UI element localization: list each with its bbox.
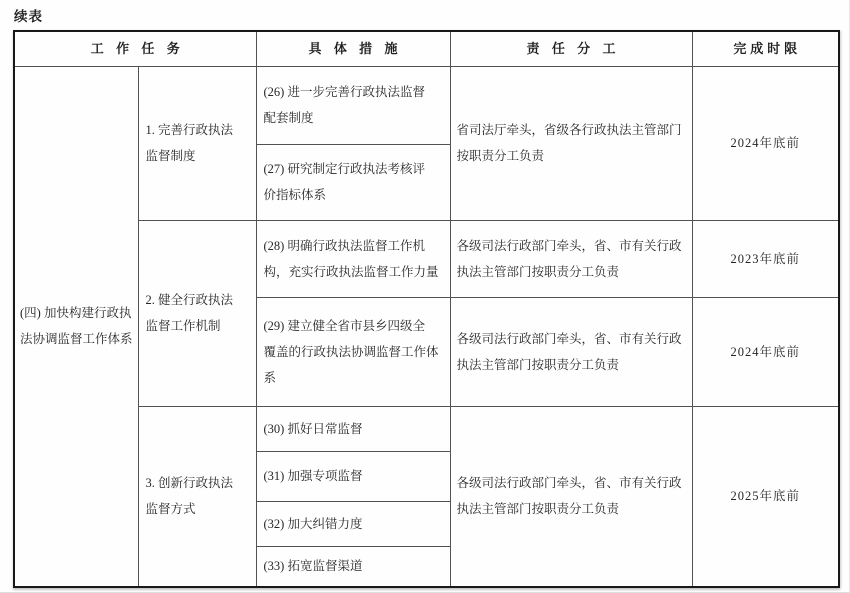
document-page: 续表 工作任务 具体措施 责任分工 完成时限 (四) 加快构建行政执 法协调监督… bbox=[0, 0, 850, 593]
measure-26-cell: (26) 进一步完善行政执法监督 配套制度 bbox=[256, 66, 450, 144]
measure-33-cell: (33) 拓宽监督渠道 bbox=[256, 546, 450, 587]
responsibility-task3-cell: 各级司法行政部门牵头，省、市有关行政 执法主管部门按职责分工负责 bbox=[450, 406, 692, 587]
responsibility-task1-cell: 省司法厅牵头，省级各行政执法主管部门 按职责分工负责 bbox=[450, 66, 692, 220]
work-plan-table: 工作任务 具体措施 责任分工 完成时限 (四) 加快构建行政执 法协调监督工作体… bbox=[13, 30, 840, 588]
deadline-28-cell: 2023年底前 bbox=[692, 220, 839, 297]
table-row: (四) 加快构建行政执 法协调监督工作体系 1. 完善行政执法 监督制度 (26… bbox=[14, 66, 839, 144]
deadline-task1-cell: 2024年底前 bbox=[692, 66, 839, 220]
table-row: 2. 健全行政执法 监督工作机制 (28) 明确行政执法监督工作机 构，充实行政… bbox=[14, 220, 839, 297]
deadline-task3-cell: 2025年底前 bbox=[692, 406, 839, 587]
deadline-29-cell: 2024年底前 bbox=[692, 297, 839, 406]
responsibility-29-cell: 各级司法行政部门牵头，省、市有关行政 执法主管部门按职责分工负责 bbox=[450, 297, 692, 406]
header-row: 工作任务 具体措施 责任分工 完成时限 bbox=[14, 31, 839, 66]
header-task: 工作任务 bbox=[14, 31, 256, 66]
task-3-cell: 3. 创新行政执法 监督方式 bbox=[138, 406, 256, 587]
group-4-label-cell: (四) 加快构建行政执 法协调监督工作体系 bbox=[14, 66, 138, 587]
header-deadline: 完成时限 bbox=[692, 31, 839, 66]
header-measures: 具体措施 bbox=[256, 31, 450, 66]
measure-28-cell: (28) 明确行政执法监督工作机 构，充实行政执法监督工作力量 bbox=[256, 220, 450, 297]
table-row: 3. 创新行政执法 监督方式 (30) 抓好日常监督 各级司法行政部门牵头，省、… bbox=[14, 406, 839, 451]
header-responsibility: 责任分工 bbox=[450, 31, 692, 66]
task-1-cell: 1. 完善行政执法 监督制度 bbox=[138, 66, 256, 220]
measure-30-cell: (30) 抓好日常监督 bbox=[256, 406, 450, 451]
measure-31-cell: (31) 加强专项监督 bbox=[256, 451, 450, 501]
continued-table-label: 续表 bbox=[14, 5, 43, 25]
responsibility-28-cell: 各级司法行政部门牵头，省、市有关行政 执法主管部门按职责分工负责 bbox=[450, 220, 692, 297]
measure-27-cell: (27) 研究制定行政执法考核评 价指标体系 bbox=[256, 144, 450, 220]
task-2-cell: 2. 健全行政执法 监督工作机制 bbox=[138, 220, 256, 406]
measure-32-cell: (32) 加大纠错力度 bbox=[256, 501, 450, 546]
measure-29-cell: (29) 建立健全省市县乡四级全 覆盖的行政执法协调监督工作体 系 bbox=[256, 297, 450, 406]
